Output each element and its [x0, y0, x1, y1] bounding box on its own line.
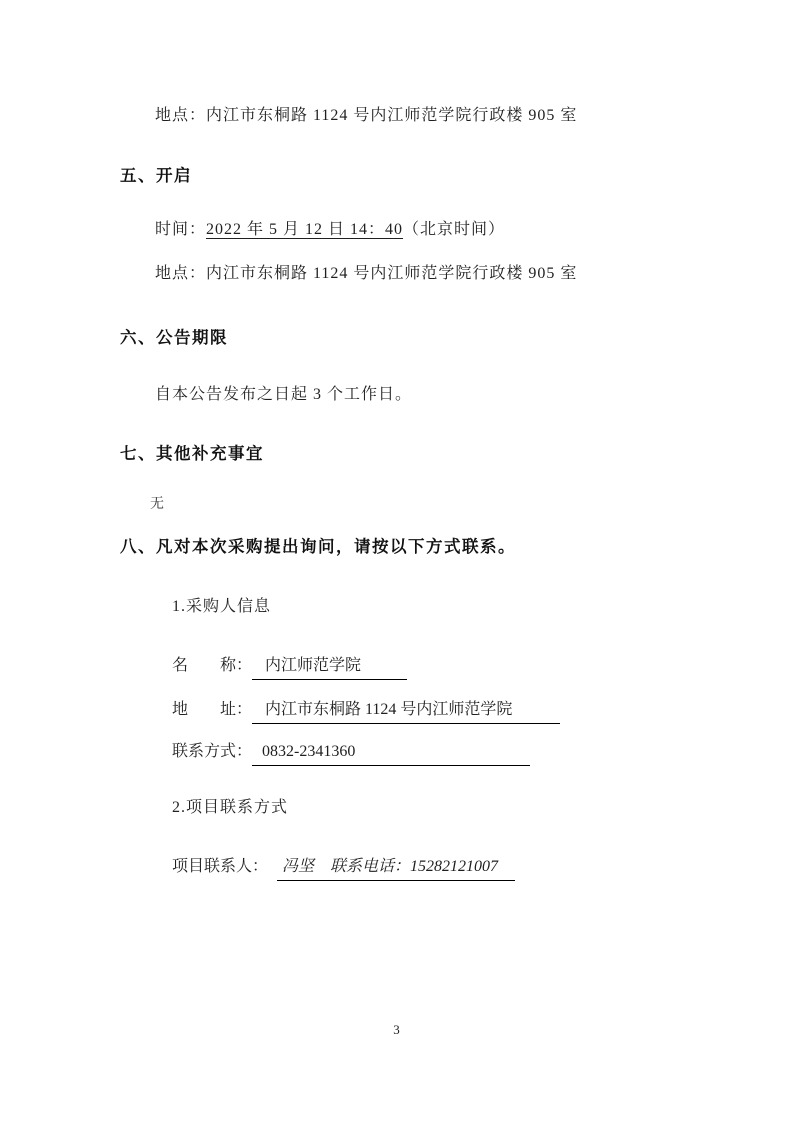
purchaser-address-value: 内江市东桐路 1124 号内江师范学院 [252, 699, 560, 724]
project-contact-title: 2.项目联系方式 [172, 797, 288, 819]
project-contact-row: 项目联系人：冯坚 联系电话：15282121007 [172, 856, 515, 881]
project-contact-value: 冯坚 联系电话：15282121007 [277, 856, 515, 881]
section6-heading: 六、公告期限 [120, 327, 228, 350]
purchaser-contact-label: 联系方式： [172, 741, 252, 763]
purchaser-name-value: 内江师范学院 [252, 655, 407, 680]
purchaser-name-label: 名 称： [172, 655, 252, 677]
purchaser-contact-value: 0832-2341360 [252, 741, 530, 766]
purchaser-address-row: 地 址：内江市东桐路 1124 号内江师范学院 [172, 699, 560, 724]
section7-heading: 七、其他补充事宜 [120, 443, 264, 466]
venue-line-top: 地点：内江市东桐路 1124 号内江师范学院行政楼 905 室 [155, 105, 577, 127]
document-page: 地点：内江市东桐路 1124 号内江师范学院行政楼 905 室 五、开启 时间：… [0, 0, 793, 1122]
time-label: 时间： [155, 221, 206, 238]
project-contact-label: 项目联系人： [172, 856, 268, 878]
section7-body: 无 [150, 493, 165, 513]
page-number: 3 [0, 1022, 793, 1038]
time-value: 2022 年 5 月 12 日 14：40 [206, 221, 403, 238]
purchaser-address-label: 地 址： [172, 699, 252, 721]
section8-heading: 八、凡对本次采购提出询问，请按以下方式联系。 [120, 536, 516, 559]
section6-body: 自本公告发布之日起 3 个工作日。 [155, 384, 412, 406]
section5-heading: 五、开启 [120, 165, 192, 188]
section5-venue-line: 地点：内江市东桐路 1124 号内江师范学院行政楼 905 室 [155, 263, 577, 285]
purchaser-info-title: 1.采购人信息 [172, 596, 271, 618]
section5-time-line: 时间：2022 年 5 月 12 日 14：40（北京时间） [155, 219, 505, 241]
purchaser-contact-row: 联系方式：0832-2341360 [172, 741, 530, 766]
purchaser-name-row: 名 称：内江师范学院 [172, 655, 407, 680]
time-suffix: （北京时间） [403, 221, 505, 238]
